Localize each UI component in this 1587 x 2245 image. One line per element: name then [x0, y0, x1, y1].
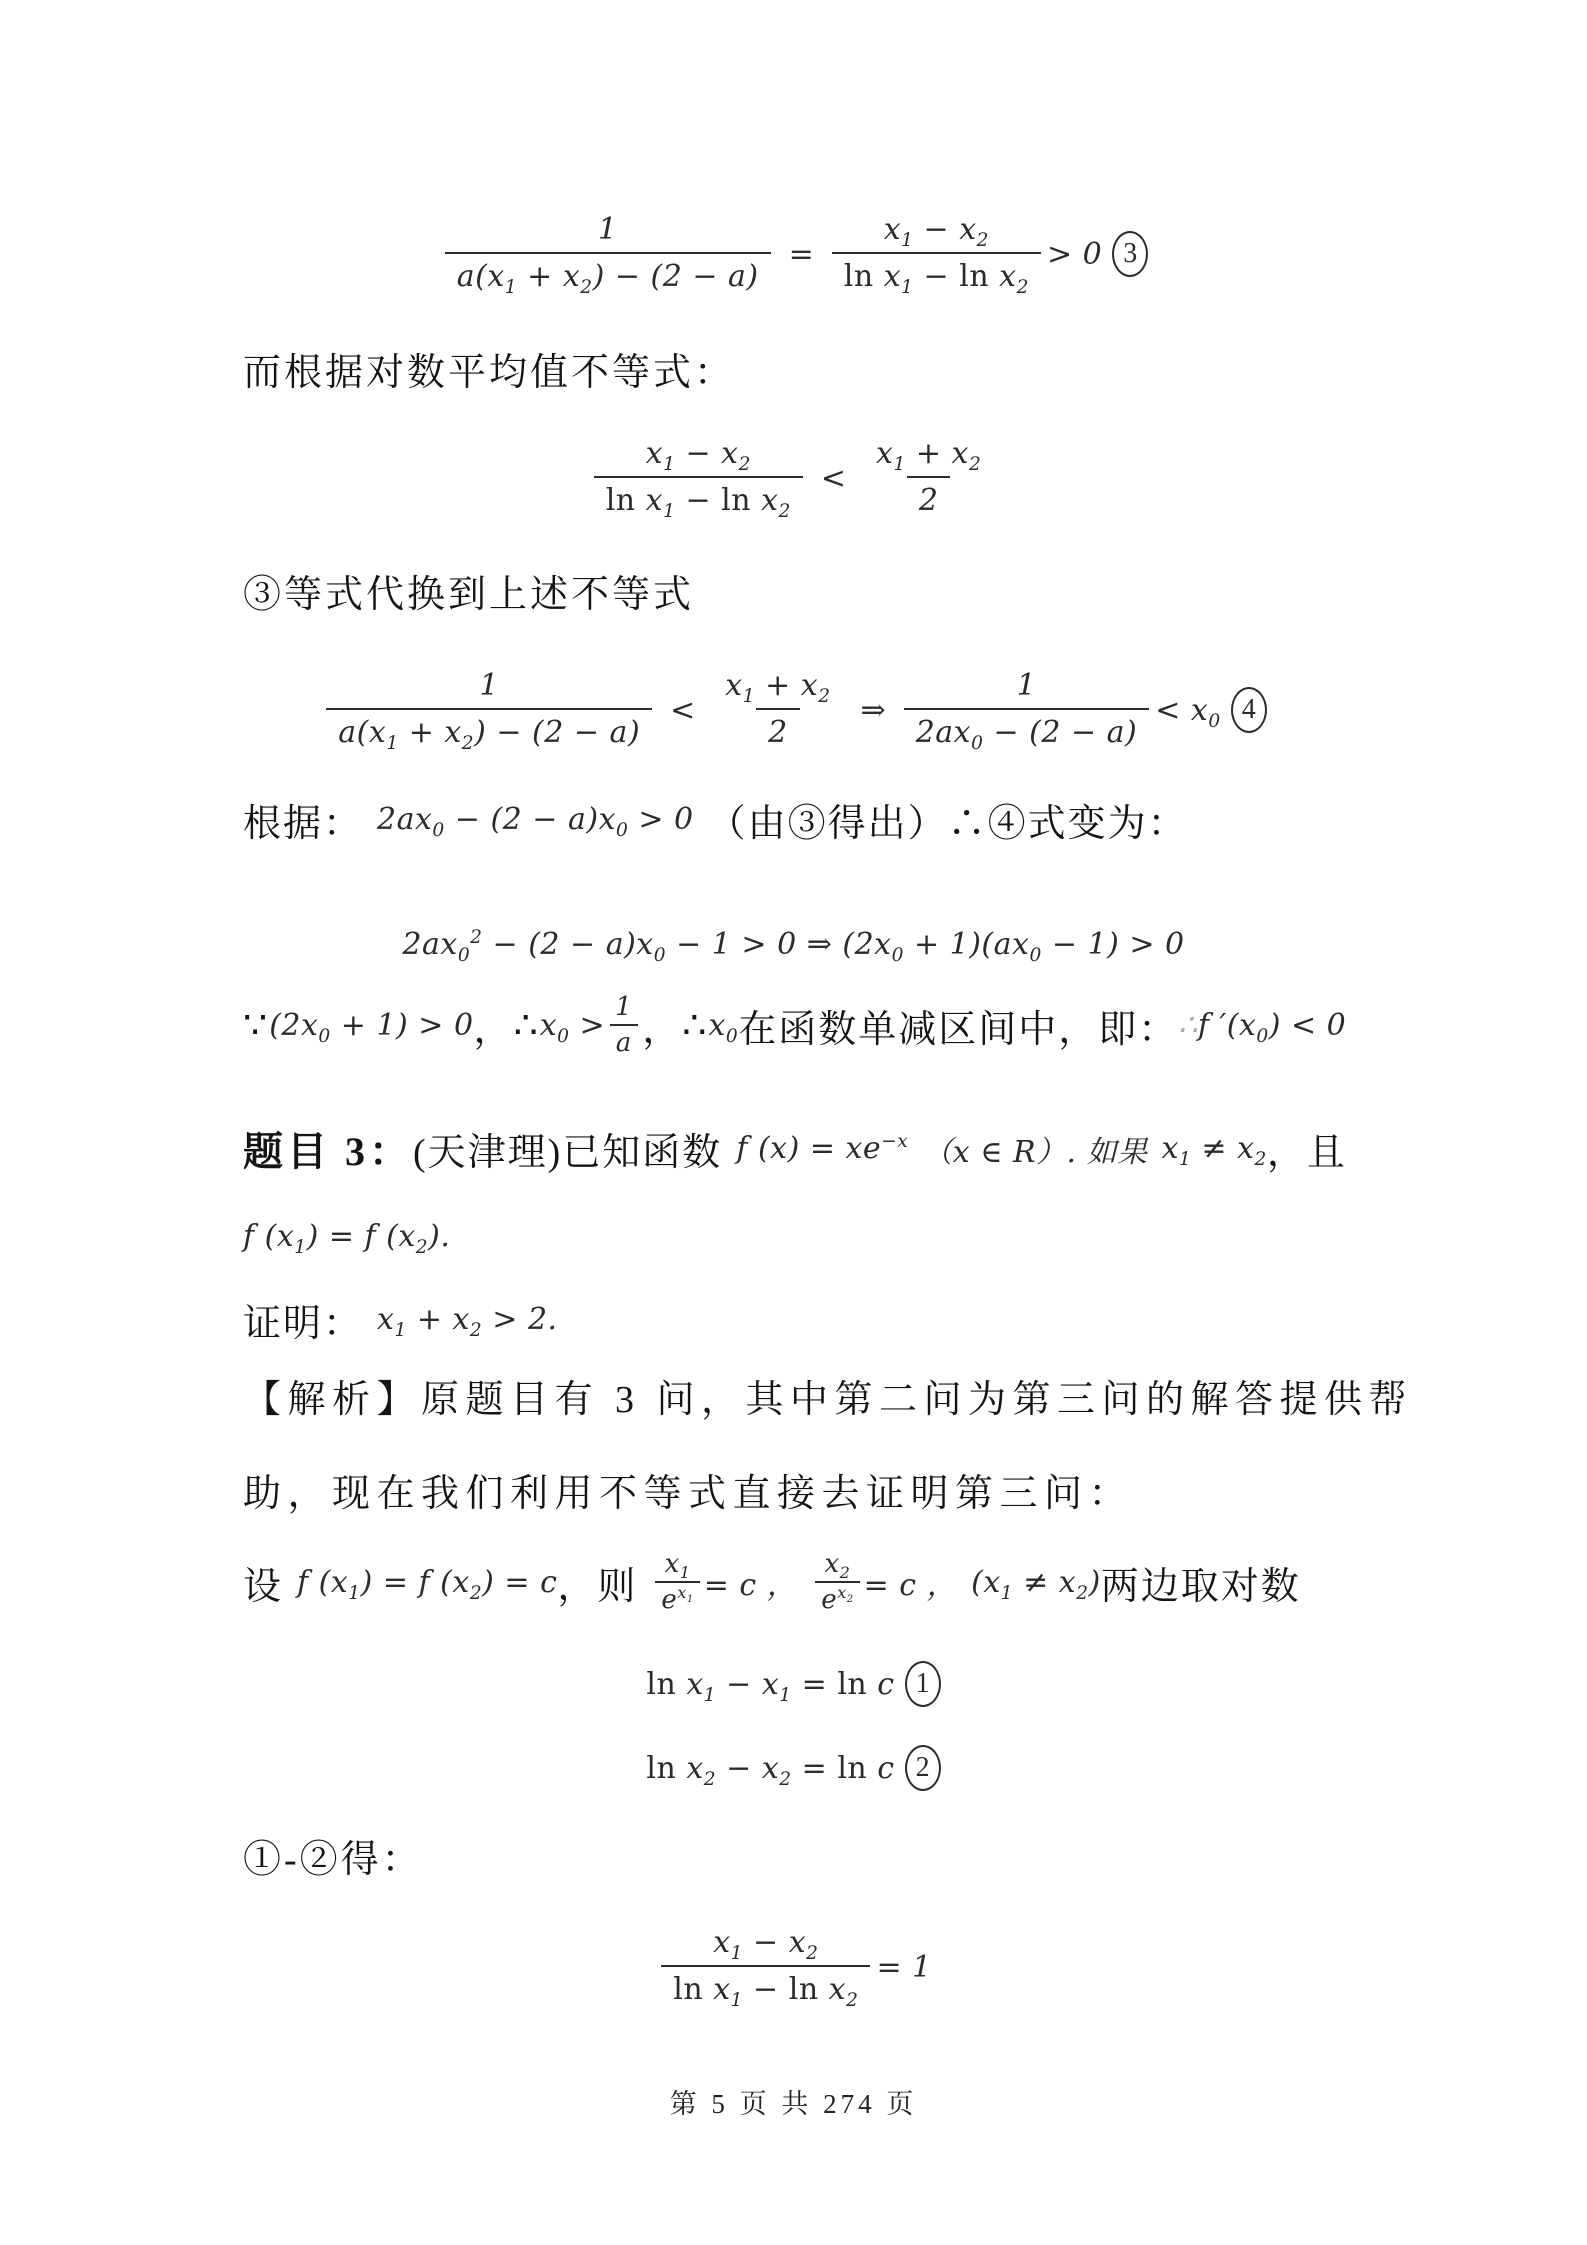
faint-therefore-symbol: ∴	[1178, 1008, 1198, 1043]
paragraph-conclusion: ∵ (2x0 + 1) > 0 ， ∴ x0 > 1 a ， ∴ x0 在函数单…	[243, 992, 1467, 1058]
math-run: 2ax02 − (2 − a)x0 − 1 > 0 ⇒ (2x0 + 1)(ax…	[402, 927, 1184, 962]
equals-sign: =	[789, 237, 814, 272]
fraction-denominator: ex2	[815, 1581, 859, 1615]
text-run: 两边取对数	[1101, 1555, 1301, 1610]
text-run: ，且	[1267, 1121, 1347, 1176]
problem-number-label: 题目 3：	[243, 1120, 413, 1177]
math-run: x0	[708, 1008, 738, 1043]
proof-goal: 证明： x1 + x2 > 2.	[243, 1292, 1467, 1347]
text-run: 根据：	[243, 792, 363, 847]
fraction-denominator: a(x1 + x2) − (2 − a)	[326, 708, 652, 752]
equation-3: 1 a(x1 + x2) − (2 − a) = x1 − x2 ln x1 −…	[0, 212, 1587, 296]
circled-number-2: 2	[905, 1745, 941, 1791]
equation-tail: > 0	[1047, 237, 1102, 272]
equation-1: ln x1 − x1 = ln c 1	[0, 1661, 1587, 1707]
math-run: (2x0 + 1) > 0	[269, 1008, 473, 1043]
text-run: 设	[243, 1555, 283, 1610]
text-run: （由③得出）∴④式变为：	[708, 792, 1188, 847]
circled-number-4: 4	[1231, 687, 1267, 733]
fraction: x2 ex2	[815, 1549, 859, 1615]
fraction-denominator: ln x1 − ln x2	[832, 252, 1041, 296]
math-run: = c ，	[704, 1560, 798, 1604]
fraction-denominator: ln x1 − ln x2	[661, 1965, 870, 2009]
fraction: x1 + x2 2	[864, 436, 993, 520]
text-run: 证明：	[243, 1292, 363, 1347]
fraction-denominator: a	[610, 1024, 638, 1058]
fraction-denominator: 2ax0 − (2 − a)	[904, 708, 1150, 752]
paragraph-substitute: ③等式代换到上述不等式	[243, 570, 1437, 620]
math-run: f (x) = xe−x	[736, 1131, 908, 1166]
equation-2: ln x2 − x2 = ln c 2	[0, 1745, 1587, 1791]
fraction: x1 − x2 ln x1 − ln x2	[832, 212, 1041, 296]
fraction-numerator: x1 − x2	[872, 212, 1001, 252]
fraction: 1 a(x1 + x2) − (2 − a)	[326, 668, 652, 752]
math-run: (x1 ≠ x2)	[971, 1565, 1101, 1600]
math-run: 2ax0 − (2 − a)x0 > 0	[377, 802, 694, 837]
therefore-symbol: ∴	[682, 1003, 708, 1048]
comma: ，	[642, 998, 682, 1053]
problem-3-condition: f (x1) = f (x2).	[243, 1219, 1467, 1254]
fraction: x1 − x2 ln x1 − ln x2	[594, 436, 803, 520]
fraction-numerator: x2	[818, 1549, 856, 1581]
fraction-numerator: 1	[1005, 668, 1049, 708]
circled-number-3: 3	[1112, 231, 1148, 277]
paragraph-lmi-intro: 而根据对数平均值不等式：	[243, 348, 1437, 398]
fraction-numerator: x1 − x2	[701, 1925, 830, 1965]
less-than-sign: <	[670, 693, 695, 728]
fraction-numerator: 1	[467, 668, 511, 708]
equation-final: x1 − x2 ln x1 − ln x2 = 1	[0, 1925, 1587, 2009]
fraction-denominator: ln x1 − ln x2	[594, 476, 803, 520]
math-run: f ′(x0) < 0	[1198, 1008, 1346, 1043]
fraction: 1 2ax0 − (2 − a)	[904, 668, 1150, 752]
text-run: 在函数单减区间中，即：	[738, 998, 1178, 1053]
fraction-numerator: x1	[659, 1549, 697, 1581]
less-than-sign: <	[821, 461, 846, 496]
document-page: 1 a(x1 + x2) − (2 − a) = x1 − x2 ln x1 −…	[0, 0, 1587, 2245]
math-run: f (x1) = f (x2).	[243, 1219, 450, 1254]
fraction-denominator: 2	[907, 476, 951, 520]
math-run: x1 + x2 > 2.	[377, 1302, 558, 1337]
fraction: x1 + x2 2	[713, 668, 842, 752]
fraction: 1 a	[609, 992, 638, 1058]
fraction: 1 a(x1 + x2) − (2 − a)	[445, 212, 771, 296]
because-symbol: ∵	[243, 1003, 269, 1048]
equation-expanded: 2ax02 − (2 − a)x0 − 1 > 0 ⇒ (2x0 + 1)(ax…	[0, 927, 1587, 962]
paragraph-genju: 根据： 2ax0 − (2 − a)x0 > 0 （由③得出）∴④式变为：	[243, 792, 1467, 847]
math-run: x1 ≠ x2	[1162, 1131, 1267, 1166]
fraction-denominator: ex1	[655, 1581, 699, 1615]
fraction-denominator: 2	[756, 708, 800, 752]
equation-tail: = 1	[876, 1950, 931, 1985]
analysis-line-1: 【解析】原题目有 3 问，其中第二问为第三问的解答提供帮	[243, 1375, 1437, 1425]
math-run: ln x1 − x1 = ln c	[646, 1667, 894, 1702]
problem-3-heading: 题目 3： (天津理)已知函数 f (x) = xe−x （x ∈ R）. 如果…	[243, 1120, 1467, 1177]
math-run: f (x1) = f (x2) = c	[297, 1565, 557, 1600]
equation-4: 1 a(x1 + x2) − (2 − a) < x1 + x2 2 ⇒ 1 2…	[0, 668, 1587, 752]
circled-number-1: 1	[905, 1661, 941, 1707]
paragraph-subtract: ①-②得：	[243, 1835, 1437, 1885]
page-number-footer: 第 5 页 共 274 页	[0, 2082, 1587, 2121]
analysis-line-2: 助，现在我们利用不等式直接去证明第三问：	[243, 1469, 1437, 1519]
fraction-numerator: 1	[609, 992, 638, 1024]
text-run: ，则	[557, 1555, 637, 1610]
equation-tail: < x0	[1155, 693, 1220, 728]
fraction-numerator: 1	[586, 212, 630, 252]
math-run: （x ∈ R）. 如果	[922, 1127, 1147, 1171]
therefore-symbol: ∴	[514, 1003, 540, 1048]
fraction-numerator: x1 − x2	[634, 436, 763, 476]
text-run: (天津理)已知函数	[413, 1121, 722, 1176]
equation-log-mean-inequality: x1 − x2 ln x1 − ln x2 < x1 + x2 2	[0, 436, 1587, 520]
comma: ，	[474, 998, 514, 1053]
math-run: x0 >	[540, 1008, 605, 1043]
math-run: ln x2 − x2 = ln c	[646, 1751, 894, 1786]
fraction: x1 ex1	[655, 1549, 699, 1615]
fraction: x1 − x2 ln x1 − ln x2	[661, 1925, 870, 2009]
fraction-numerator: x1 + x2	[713, 668, 842, 708]
fraction-numerator: x1 + x2	[864, 436, 993, 476]
implies-arrow: ⇒	[861, 693, 886, 728]
fraction-denominator: a(x1 + x2) − (2 − a)	[445, 252, 771, 296]
setup-line: 设 f (x1) = f (x2) = c ，则 x1 ex1 = c ， x2…	[243, 1549, 1467, 1615]
math-run: = c ，	[864, 1560, 958, 1604]
